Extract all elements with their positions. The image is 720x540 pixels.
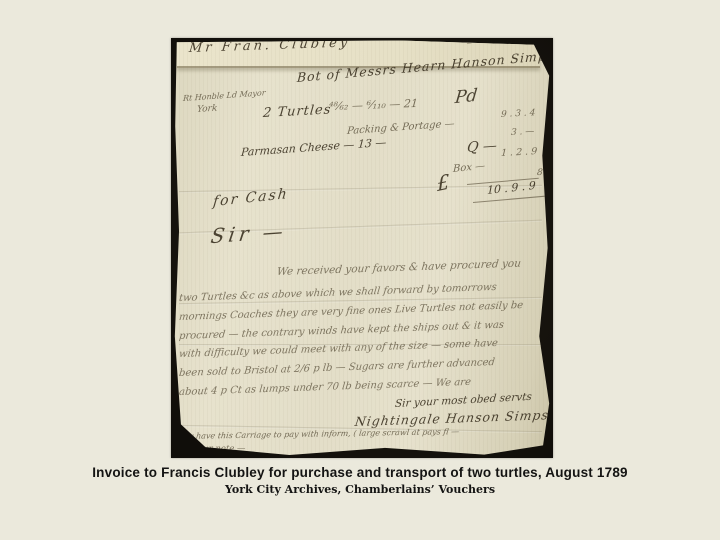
margin-note-line1: Rt Honble Ld Mayor <box>183 88 266 103</box>
cash-note: for Cash <box>212 186 289 210</box>
slide-caption: Invoice to Francis Clubley for purchase … <box>0 465 720 496</box>
body-line: We received your favors & have procured … <box>276 257 521 278</box>
item3-desc: Parmasan Cheese — 13 — <box>241 136 387 159</box>
postscript-line1: Pray have this Carriage to pay with info… <box>174 427 459 441</box>
body-line: been sold to Bristol at 2/6 p lb — Sugar… <box>178 357 495 379</box>
item3-amount: 1 . 2 . 9 <box>501 146 538 159</box>
margin-note-line2: York <box>197 104 218 115</box>
item2-amount: 3 . — <box>511 127 535 138</box>
closing-line: Sir your most obed servts <box>394 391 532 410</box>
caption-source: York City Archives, Chamberlains’ Vouche… <box>0 483 720 496</box>
postscript-line2: your note — <box>192 444 246 454</box>
item1-detail: ⁴⁸⁄₆₂ — ⁶⁄₁₁₀ — 21 <box>329 97 419 113</box>
item1-mark: Pd <box>454 85 478 108</box>
body-line: about 4 p Ct as lumps under 70 lb being … <box>178 377 471 398</box>
signature: Nightingale Hanson Simpson <box>354 407 568 429</box>
body-line: mornings Coaches they are very fine ones… <box>178 300 523 323</box>
item4-amount: 8 <box>536 168 543 178</box>
manuscript-photo: Mr Fran. Clubley 2 Aug 89 Bot of Messrs … <box>171 38 553 458</box>
total-currency-symbol: £ <box>437 169 450 196</box>
presentation-slide: Mr Fran. Clubley 2 Aug 89 Bot of Messrs … <box>0 0 720 540</box>
item2-desc: Packing & Portage — <box>347 118 455 137</box>
total-rule-bottom <box>473 195 551 203</box>
item1-desc: 2 Turtles <box>262 102 332 121</box>
salutation: Sir — <box>209 219 288 249</box>
manuscript-paper: Mr Fran. Clubley 2 Aug 89 Bot of Messrs … <box>171 38 553 458</box>
item4-desc: Box — <box>453 161 485 175</box>
item1-amount: 9 . 3 . 4 <box>501 108 536 120</box>
item3-mark: Q — <box>466 138 498 156</box>
body-line: two Turtles &c as above which we shall f… <box>178 282 497 304</box>
body-line: with difficulty we could meet with any o… <box>178 338 498 360</box>
caption-title: Invoice to Francis Clubley for purchase … <box>0 465 720 480</box>
